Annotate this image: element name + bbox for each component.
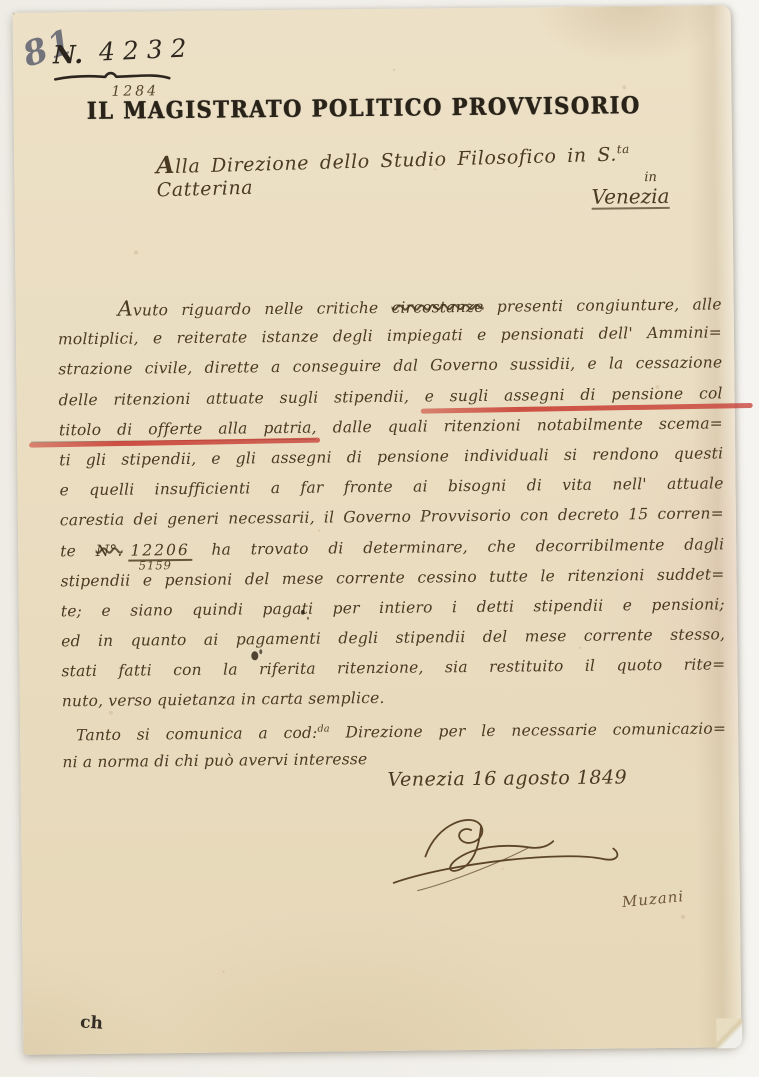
interlined-number: 5159 bbox=[138, 550, 172, 581]
red-underlined-text: titolo di offerte alla patria bbox=[59, 418, 312, 439]
line-text: Direzione per le necessarie comunicazio= bbox=[330, 719, 727, 741]
line-text: presenti congiunture, alle bbox=[483, 295, 721, 315]
letter-body: Avuto riguardo nelle critiche circostanz… bbox=[58, 287, 727, 777]
date-line: Venezia 16 agosto 1849 bbox=[388, 766, 628, 791]
struck-word: circostanze bbox=[391, 298, 483, 317]
paper-texture bbox=[13, 13, 15, 15]
line-text: Avuto riguardo nelle critiche bbox=[118, 299, 392, 320]
recipient-line: Alla Direzione dello Studio Filosofico i… bbox=[156, 138, 631, 201]
recipient-superscript: ta bbox=[617, 142, 630, 156]
recipient-place: Catterina bbox=[156, 177, 253, 202]
line-text: Tanto si comunica a cod: bbox=[76, 723, 318, 744]
line-text: te bbox=[60, 541, 96, 559]
letterhead-title: IL MAGISTRATO POLITICO PROVVISORIO bbox=[73, 91, 653, 125]
red-underlined-text: e sugli assegni di pensione col bbox=[425, 384, 723, 405]
manuscript-line: delle ritenzioni attuate sugli stipendii… bbox=[58, 378, 722, 415]
line-text: , dalle quali ritenzioni notabilmente sc… bbox=[312, 414, 723, 436]
recipient-text: Alla Direzione dello Studio Filosofico i… bbox=[156, 144, 617, 179]
letter-page: 81 N. 4232 1284 IL MAGISTRATO POLITICO P… bbox=[13, 5, 742, 1054]
registry-number: 4232 bbox=[98, 33, 195, 66]
line-text: ha trovato di determinare, che decorribi… bbox=[192, 535, 725, 559]
ink-blot bbox=[251, 651, 258, 660]
scan-background: 81 N. 4232 1284 IL MAGISTRATO POLITICO P… bbox=[0, 0, 759, 1077]
line-text: delle ritenzioni attuate sugli stipendii… bbox=[59, 387, 425, 409]
dog-ear-corner bbox=[716, 1018, 742, 1048]
decree-number-group: 122065159 bbox=[128, 534, 192, 565]
struck-number-label: N°. bbox=[96, 541, 123, 559]
registry-number-label: N. bbox=[53, 40, 83, 69]
superscript-abbrev: da bbox=[317, 723, 329, 734]
archivist-mark: ch bbox=[80, 1012, 104, 1033]
signature-flourish bbox=[333, 802, 654, 895]
ink-blot bbox=[301, 610, 305, 615]
recipient-in-word: in bbox=[644, 170, 657, 185]
bracket-flourish-icon bbox=[53, 68, 171, 83]
recipient-city: Venezia bbox=[591, 184, 669, 209]
